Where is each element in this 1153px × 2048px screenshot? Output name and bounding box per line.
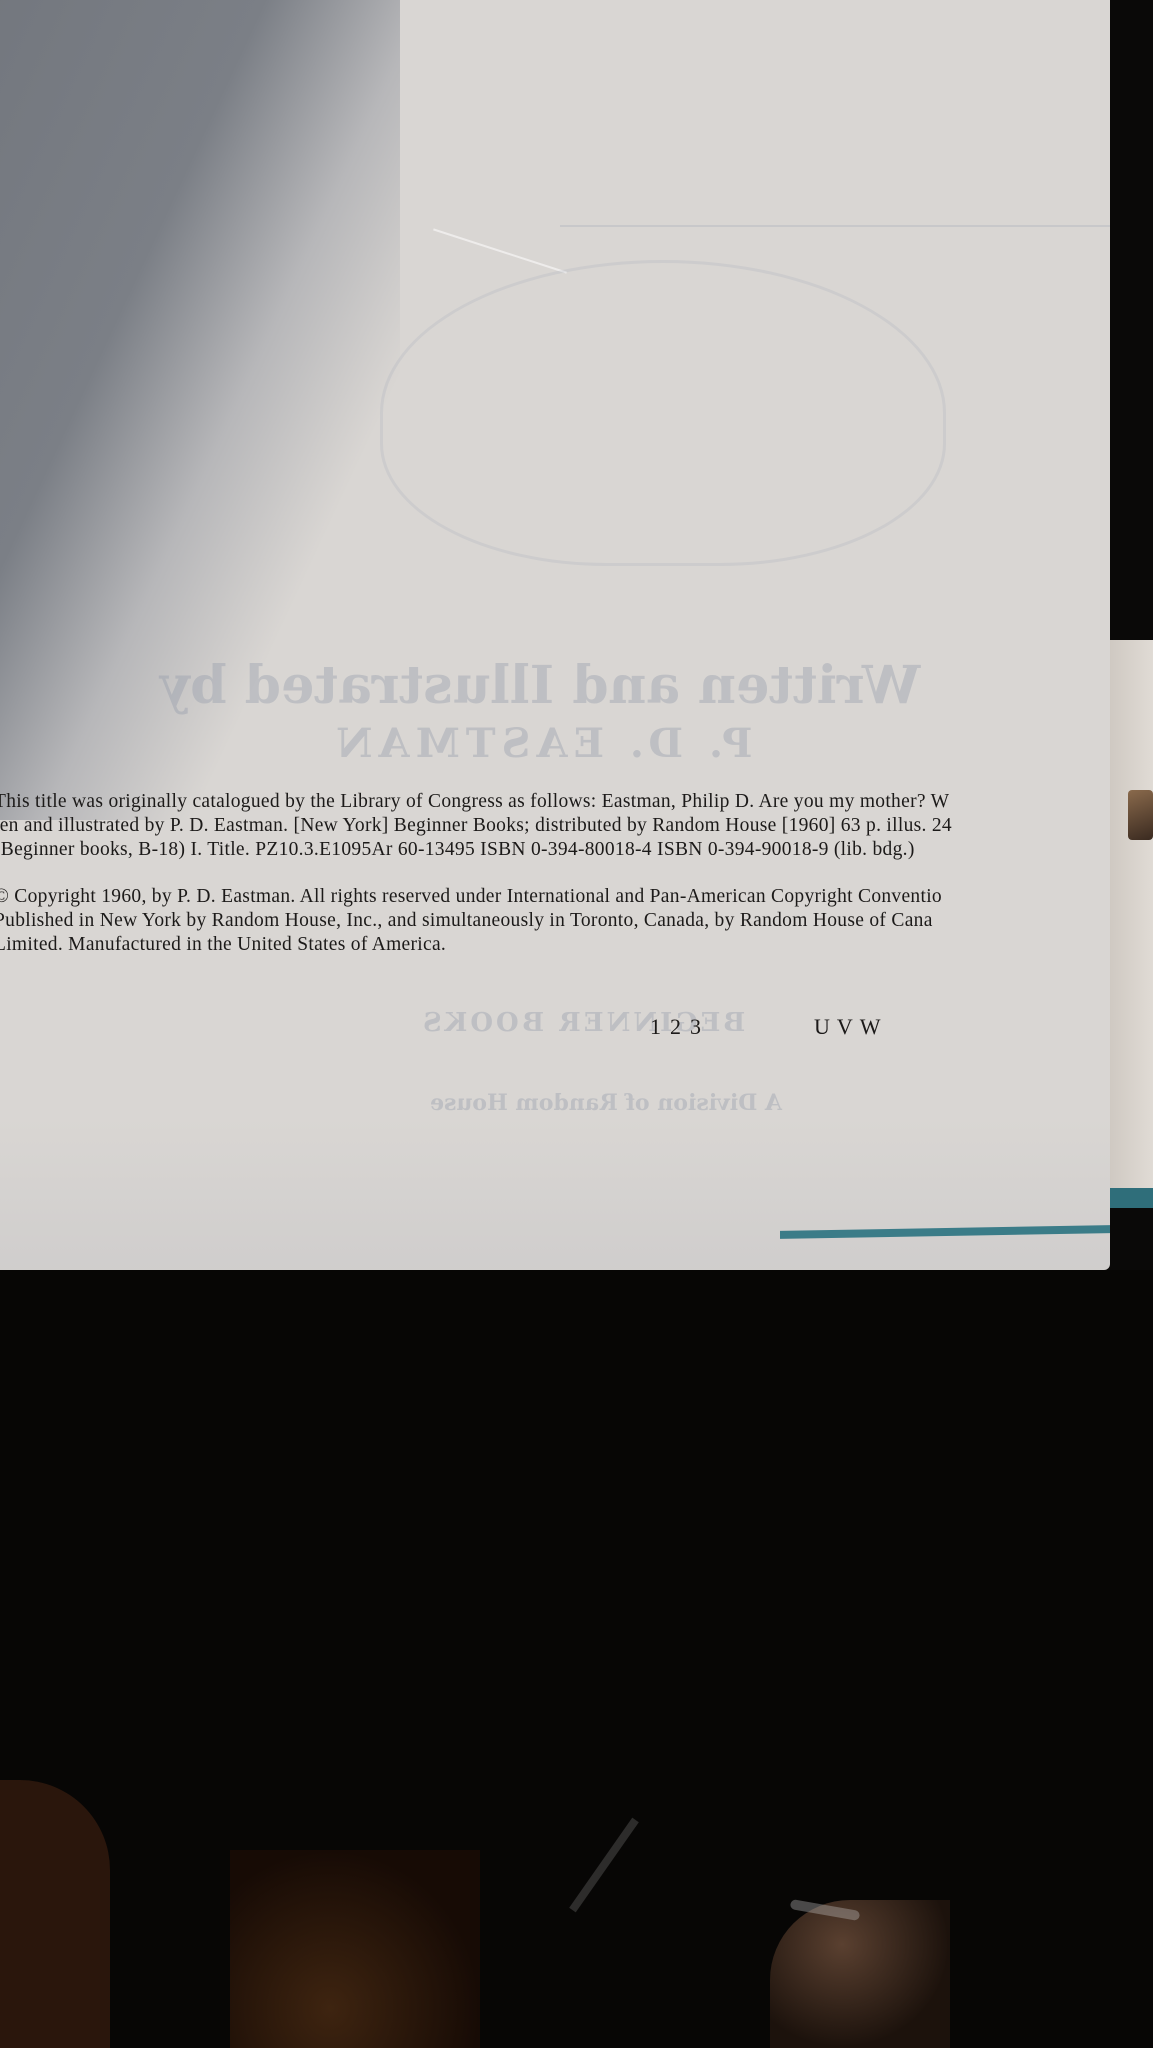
copyright-line: Published in New York by Random House, I… xyxy=(0,909,1110,933)
floor-surface xyxy=(230,1850,480,2048)
copyright-line: Limited. Manufactured in the United Stat… xyxy=(0,933,1110,957)
printing-letters: UVW xyxy=(814,1014,888,1040)
shoe xyxy=(770,1900,950,2048)
catalog-line: ten and illustrated by P. D. Eastman. [N… xyxy=(0,814,1110,838)
cover-illustration-fragment xyxy=(1128,790,1153,840)
book-page: Written and Illustrated by P. D. EASTMAN… xyxy=(0,0,1110,1270)
photo-scene: Written and Illustrated by P. D. EASTMAN… xyxy=(0,0,1153,2048)
show-through-author: P. D. EASTMAN xyxy=(330,720,752,767)
show-through-rule xyxy=(560,225,1110,227)
dark-background xyxy=(0,1270,1153,2048)
paper-crease xyxy=(433,228,567,273)
next-page-edge xyxy=(1110,640,1153,1205)
show-through-credit: Written and Illustrated by xyxy=(160,655,920,716)
catalog-record: This title was originally catalogued by … xyxy=(0,790,1110,862)
book-cover-edge xyxy=(1110,1188,1153,1208)
catalog-line: (Beginner books, B-18) I. Title. PZ10.3.… xyxy=(0,838,1110,862)
printing-numbers: 123 xyxy=(650,1014,710,1040)
show-through-imprint: A Division of Random House xyxy=(430,1090,782,1116)
copyright-line: © Copyright 1960, by P. D. Eastman. All … xyxy=(0,885,1110,909)
copyright-notice: © Copyright 1960, by P. D. Eastman. All … xyxy=(0,885,1110,957)
floor-surface xyxy=(0,1780,110,2048)
catalog-line: This title was originally catalogued by … xyxy=(0,790,1110,814)
show-through-illustration xyxy=(380,260,946,566)
